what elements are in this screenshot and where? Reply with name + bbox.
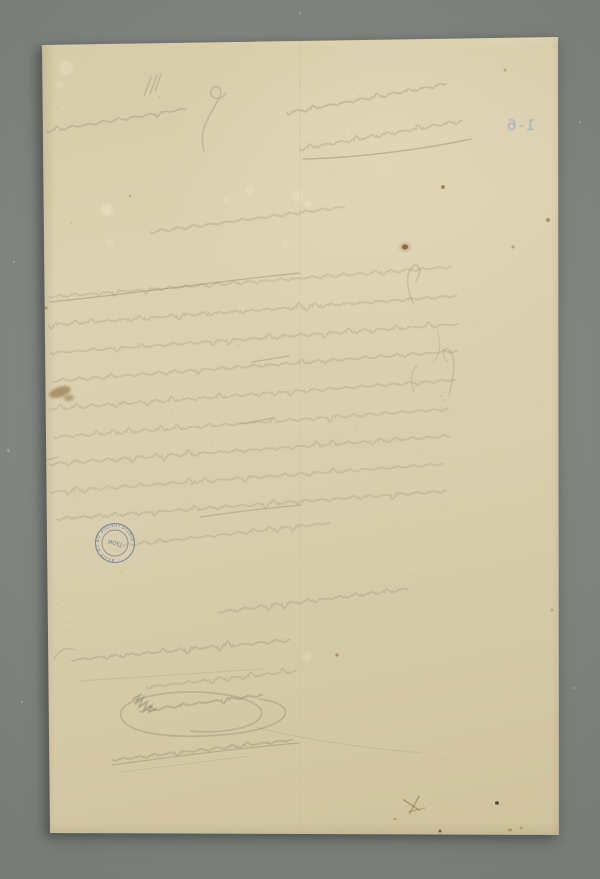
ink-flourish-body-5-initial-stroke bbox=[412, 366, 417, 392]
ink-bleedthrough-layer: BIBLIOTHEQUE DE LA VILLELYON bbox=[41, 36, 561, 838]
mat-dust-speck bbox=[7, 449, 10, 452]
foxing-stain bbox=[520, 827, 523, 829]
ink-flourish-paraph-oval bbox=[121, 692, 286, 736]
ink-line-body-line-4 bbox=[53, 350, 458, 382]
ink-rule-recipient-underline-swoosh bbox=[303, 139, 471, 159]
foxing-stain bbox=[402, 245, 408, 250]
foxing-stain bbox=[44, 306, 47, 309]
ink-rule-signature-role-underline-2 bbox=[121, 756, 249, 772]
foxing-stain bbox=[441, 185, 445, 189]
letter-verso-paper: BIBLIOTHEQUE DE LA VILLELYON 1-6 bbox=[41, 36, 561, 838]
pale-spot bbox=[222, 197, 228, 203]
foxing-stain bbox=[551, 609, 554, 612]
foxing-stain bbox=[438, 830, 441, 833]
ink-line-body-line-7 bbox=[50, 434, 450, 465]
paper-wrap: BIBLIOTHEQUE DE LA VILLELYON 1-6 bbox=[41, 36, 561, 838]
handwriting-mirrored bbox=[44, 74, 471, 772]
pale-spot bbox=[292, 190, 304, 202]
ink-line-body-line-3 bbox=[51, 322, 458, 354]
foxing-stain bbox=[335, 653, 338, 656]
ink-line-body-line-1 bbox=[49, 267, 452, 298]
ink-rule-signature-2-underline bbox=[80, 669, 262, 681]
ink-line-closing-line bbox=[219, 588, 408, 613]
paper-grain bbox=[51, 41, 551, 831]
ink-line-signature-name bbox=[140, 694, 262, 712]
pale-spot bbox=[106, 239, 114, 247]
ink-line-signature-role bbox=[113, 740, 292, 761]
pale-spot bbox=[302, 652, 312, 662]
ink-line-salutation-line bbox=[151, 207, 344, 233]
ink-line-body-line-10 bbox=[118, 523, 330, 548]
pale-spots bbox=[56, 61, 312, 662]
ink-flourish-signature-1-tail bbox=[54, 649, 75, 660]
foxing-stain bbox=[504, 69, 507, 72]
pale-spot bbox=[59, 61, 73, 75]
stamp-center-text: LYON bbox=[107, 539, 122, 548]
ink-flourish-body-3-initial-loop bbox=[444, 349, 454, 397]
foxing-stain bbox=[129, 195, 131, 197]
ink-line-body-line-2 bbox=[49, 296, 456, 329]
shelfmark-annotation: 1-6 bbox=[505, 116, 536, 134]
ink-line-body-line-8 bbox=[50, 464, 443, 495]
ink-rule-dash-after-body-4 bbox=[252, 356, 289, 362]
foxing-stain bbox=[512, 246, 515, 249]
pale-spot bbox=[281, 240, 289, 248]
mat-dust-speck bbox=[579, 121, 582, 124]
mat-dust-speck bbox=[21, 701, 24, 704]
ink-flourish-header-loop bbox=[202, 87, 226, 151]
ink-line-body-line-5 bbox=[50, 379, 455, 409]
ink-line-body-line-6 bbox=[54, 408, 448, 438]
foxing-stain bbox=[508, 829, 512, 832]
ink-flourish-body-2-descender bbox=[433, 330, 440, 362]
mat-dust-speck bbox=[13, 261, 15, 263]
pale-spot bbox=[245, 185, 255, 195]
pale-spot bbox=[101, 204, 113, 216]
mat-dust-speck bbox=[299, 12, 301, 14]
ink-line-signature-line-1 bbox=[72, 639, 290, 661]
pale-spot bbox=[56, 81, 64, 89]
ink-rule-body-1-underline bbox=[50, 273, 300, 302]
foxing-stain bbox=[495, 801, 499, 805]
foxing-stain bbox=[546, 218, 550, 222]
mat-dust-speck bbox=[573, 687, 575, 689]
ink-line-body-line-9 bbox=[57, 490, 446, 520]
photo-mat: BIBLIOTHEQUE DE LA VILLELYON 1-6 bbox=[0, 0, 600, 879]
pale-spot bbox=[304, 200, 312, 208]
ink-line-address-recipient-line-1 bbox=[287, 84, 446, 115]
ink-flourish-double-slash-mark bbox=[144, 74, 161, 96]
foxing-stain bbox=[394, 818, 397, 821]
ink-line-dateline bbox=[47, 108, 186, 132]
ink-rule-margin-dash bbox=[44, 457, 58, 461]
